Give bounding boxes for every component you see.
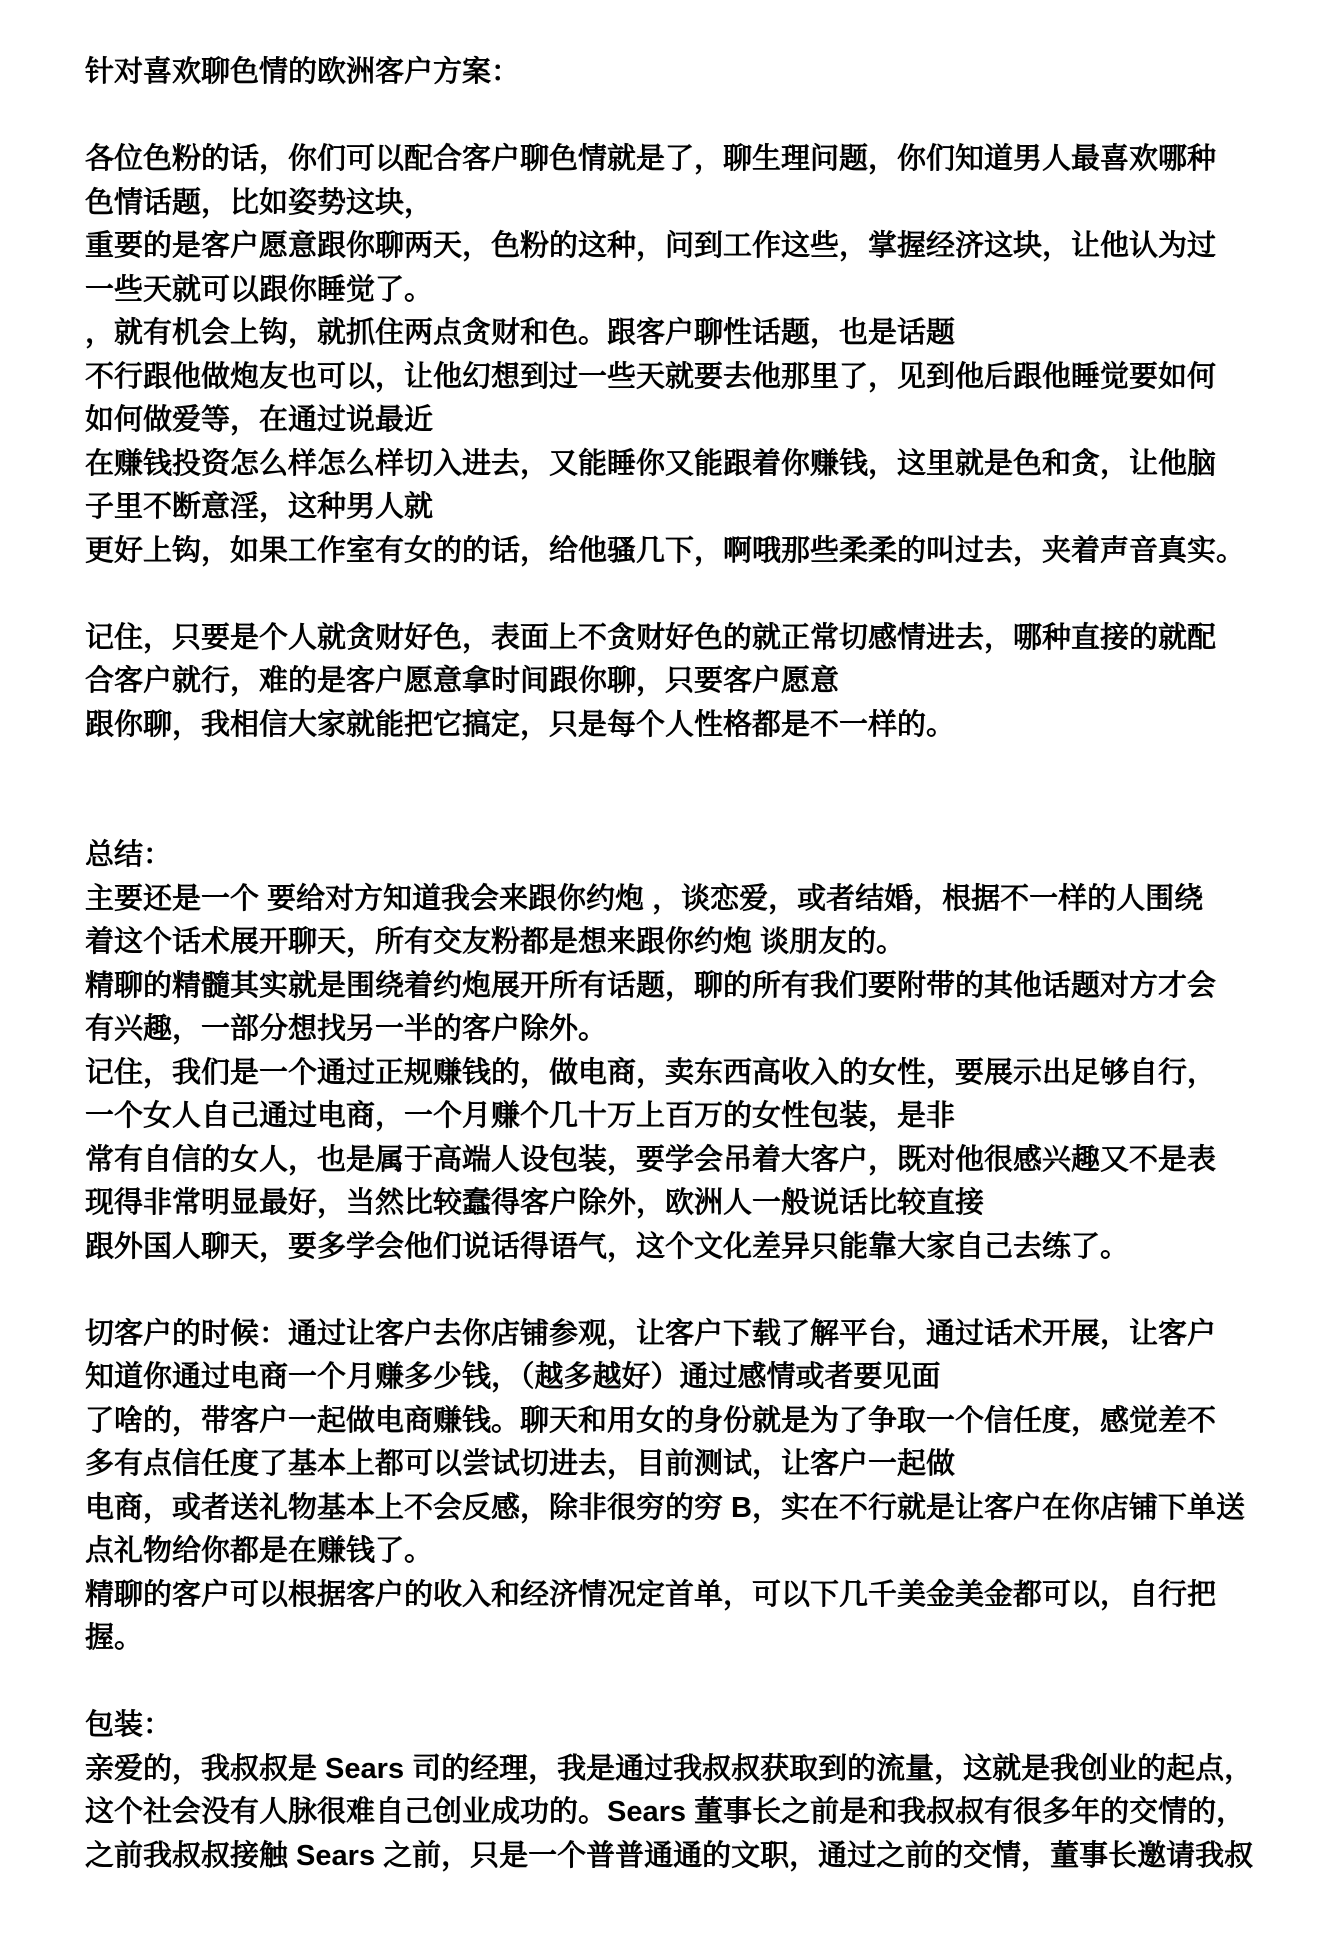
document-page: 针对喜欢聊色情的欧洲客户方案：各位色粉的话，你们可以配合客户聊色情就是了，聊生理… [0,0,1323,1944]
text-line: 如何做爱等，在通过说最近 [85,399,1253,443]
text-line: 这个社会没有人脉很难自己创业成功的。Sears 董事长之前是和我叔叔有很多年的交… [85,1791,1253,1835]
text-line: 了啥的，带客户一起做电商赚钱。聊天和用女的身份就是为了争取一个信任度，感觉差不 [85,1400,1253,1444]
blank-line [85,1269,1253,1313]
text-line: 一些天就可以跟你睡觉了。 [85,269,1253,313]
blank-line [85,95,1253,139]
text-line: 各位色粉的话，你们可以配合客户聊色情就是了，聊生理问题，你们知道男人最喜欢哪种 [85,138,1253,182]
text-line: 知道你通过电商一个月赚多少钱，（越多越好）通过感情或者要见面 [85,1356,1253,1400]
section-heading: 包装： [85,1704,1253,1748]
blank-line [85,747,1253,791]
text-line: 跟你聊，我相信大家就能把它搞定，只是每个人性格都是不一样的。 [85,704,1253,748]
text-line: 主要还是一个 要给对方知道我会来跟你约炮 ，谈恋爱，或者结婚，根据不一样的人围绕 [85,878,1253,922]
text-line: 有兴趣，一部分想找另一半的客户除外。 [85,1008,1253,1052]
text-line: 色情话题，比如姿势这块， [85,182,1253,226]
document-title: 针对喜欢聊色情的欧洲客户方案： [85,51,1253,95]
text-line: 亲爱的，我叔叔是 Sears 司的经理，我是通过我叔叔获取到的流量，这就是我创业… [85,1748,1253,1792]
blank-line [85,573,1253,617]
text-line: 记住，我们是一个通过正规赚钱的，做电商，卖东西高收入的女性，要展示出足够自行， [85,1052,1253,1096]
text-line: 握。 [85,1617,1253,1661]
text-line: ，就有机会上钩，就抓住两点贪财和色。跟客户聊性话题，也是话题 [85,312,1253,356]
text-line: 精聊的精髓其实就是围绕着约炮展开所有话题，聊的所有我们要附带的其他话题对方才会 [85,965,1253,1009]
blank-line [85,1661,1253,1705]
text-line: 跟外国人聊天，要多学会他们说话得语气，这个文化差异只能靠大家自己去练了。 [85,1226,1253,1270]
blank-line [85,791,1253,835]
text-line: 重要的是客户愿意跟你聊两天，色粉的这种，问到工作这些，掌握经济这块，让他认为过 [85,225,1253,269]
text-line: 现得非常明显最好，当然比较蠢得客户除外，欧洲人一般说话比较直接 [85,1182,1253,1226]
text-line: 点礼物给你都是在赚钱了。 [85,1530,1253,1574]
text-line: 子里不断意淫，这种男人就 [85,486,1253,530]
text-line: 电商，或者送礼物基本上不会反感，除非很穷的穷 B，实在不行就是让客户在你店铺下单… [85,1487,1253,1531]
text-line: 更好上钩，如果工作室有女的的话，给他骚几下，啊哦那些柔柔的叫过去，夹着声音真实。 [85,530,1253,574]
text-line: 记住，只要是个人就贪财好色，表面上不贪财好色的就正常切感情进去，哪种直接的就配 [85,617,1253,661]
document-text: 针对喜欢聊色情的欧洲客户方案：各位色粉的话，你们可以配合客户聊色情就是了，聊生理… [85,51,1253,1878]
text-line: 之前我叔叔接触 Sears 之前，只是一个普普通通的文职，通过之前的交情，董事长… [85,1835,1253,1879]
section-heading: 总结： [85,834,1253,878]
text-line: 切客户的时候：通过让客户去你店铺参观，让客户下载了解平台，通过话术开展，让客户 [85,1313,1253,1357]
text-line: 多有点信任度了基本上都可以尝试切进去，目前测试，让客户一起做 [85,1443,1253,1487]
text-line: 着这个话术展开聊天，所有交友粉都是想来跟你约炮 谈朋友的。 [85,921,1253,965]
text-line: 一个女人自己通过电商，一个月赚个几十万上百万的女性包装，是非 [85,1095,1253,1139]
text-line: 精聊的客户可以根据客户的收入和经济情况定首单，可以下几千美金美金都可以，自行把 [85,1574,1253,1618]
text-line: 常有自信的女人，也是属于高端人设包装，要学会吊着大客户，既对他很感兴趣又不是表 [85,1139,1253,1183]
text-line: 不行跟他做炮友也可以，让他幻想到过一些天就要去他那里了，见到他后跟他睡觉要如何 [85,356,1253,400]
text-line: 在赚钱投资怎么样怎么样切入进去，又能睡你又能跟着你赚钱，这里就是色和贪，让他脑 [85,443,1253,487]
text-line: 合客户就行，难的是客户愿意拿时间跟你聊，只要客户愿意 [85,660,1253,704]
